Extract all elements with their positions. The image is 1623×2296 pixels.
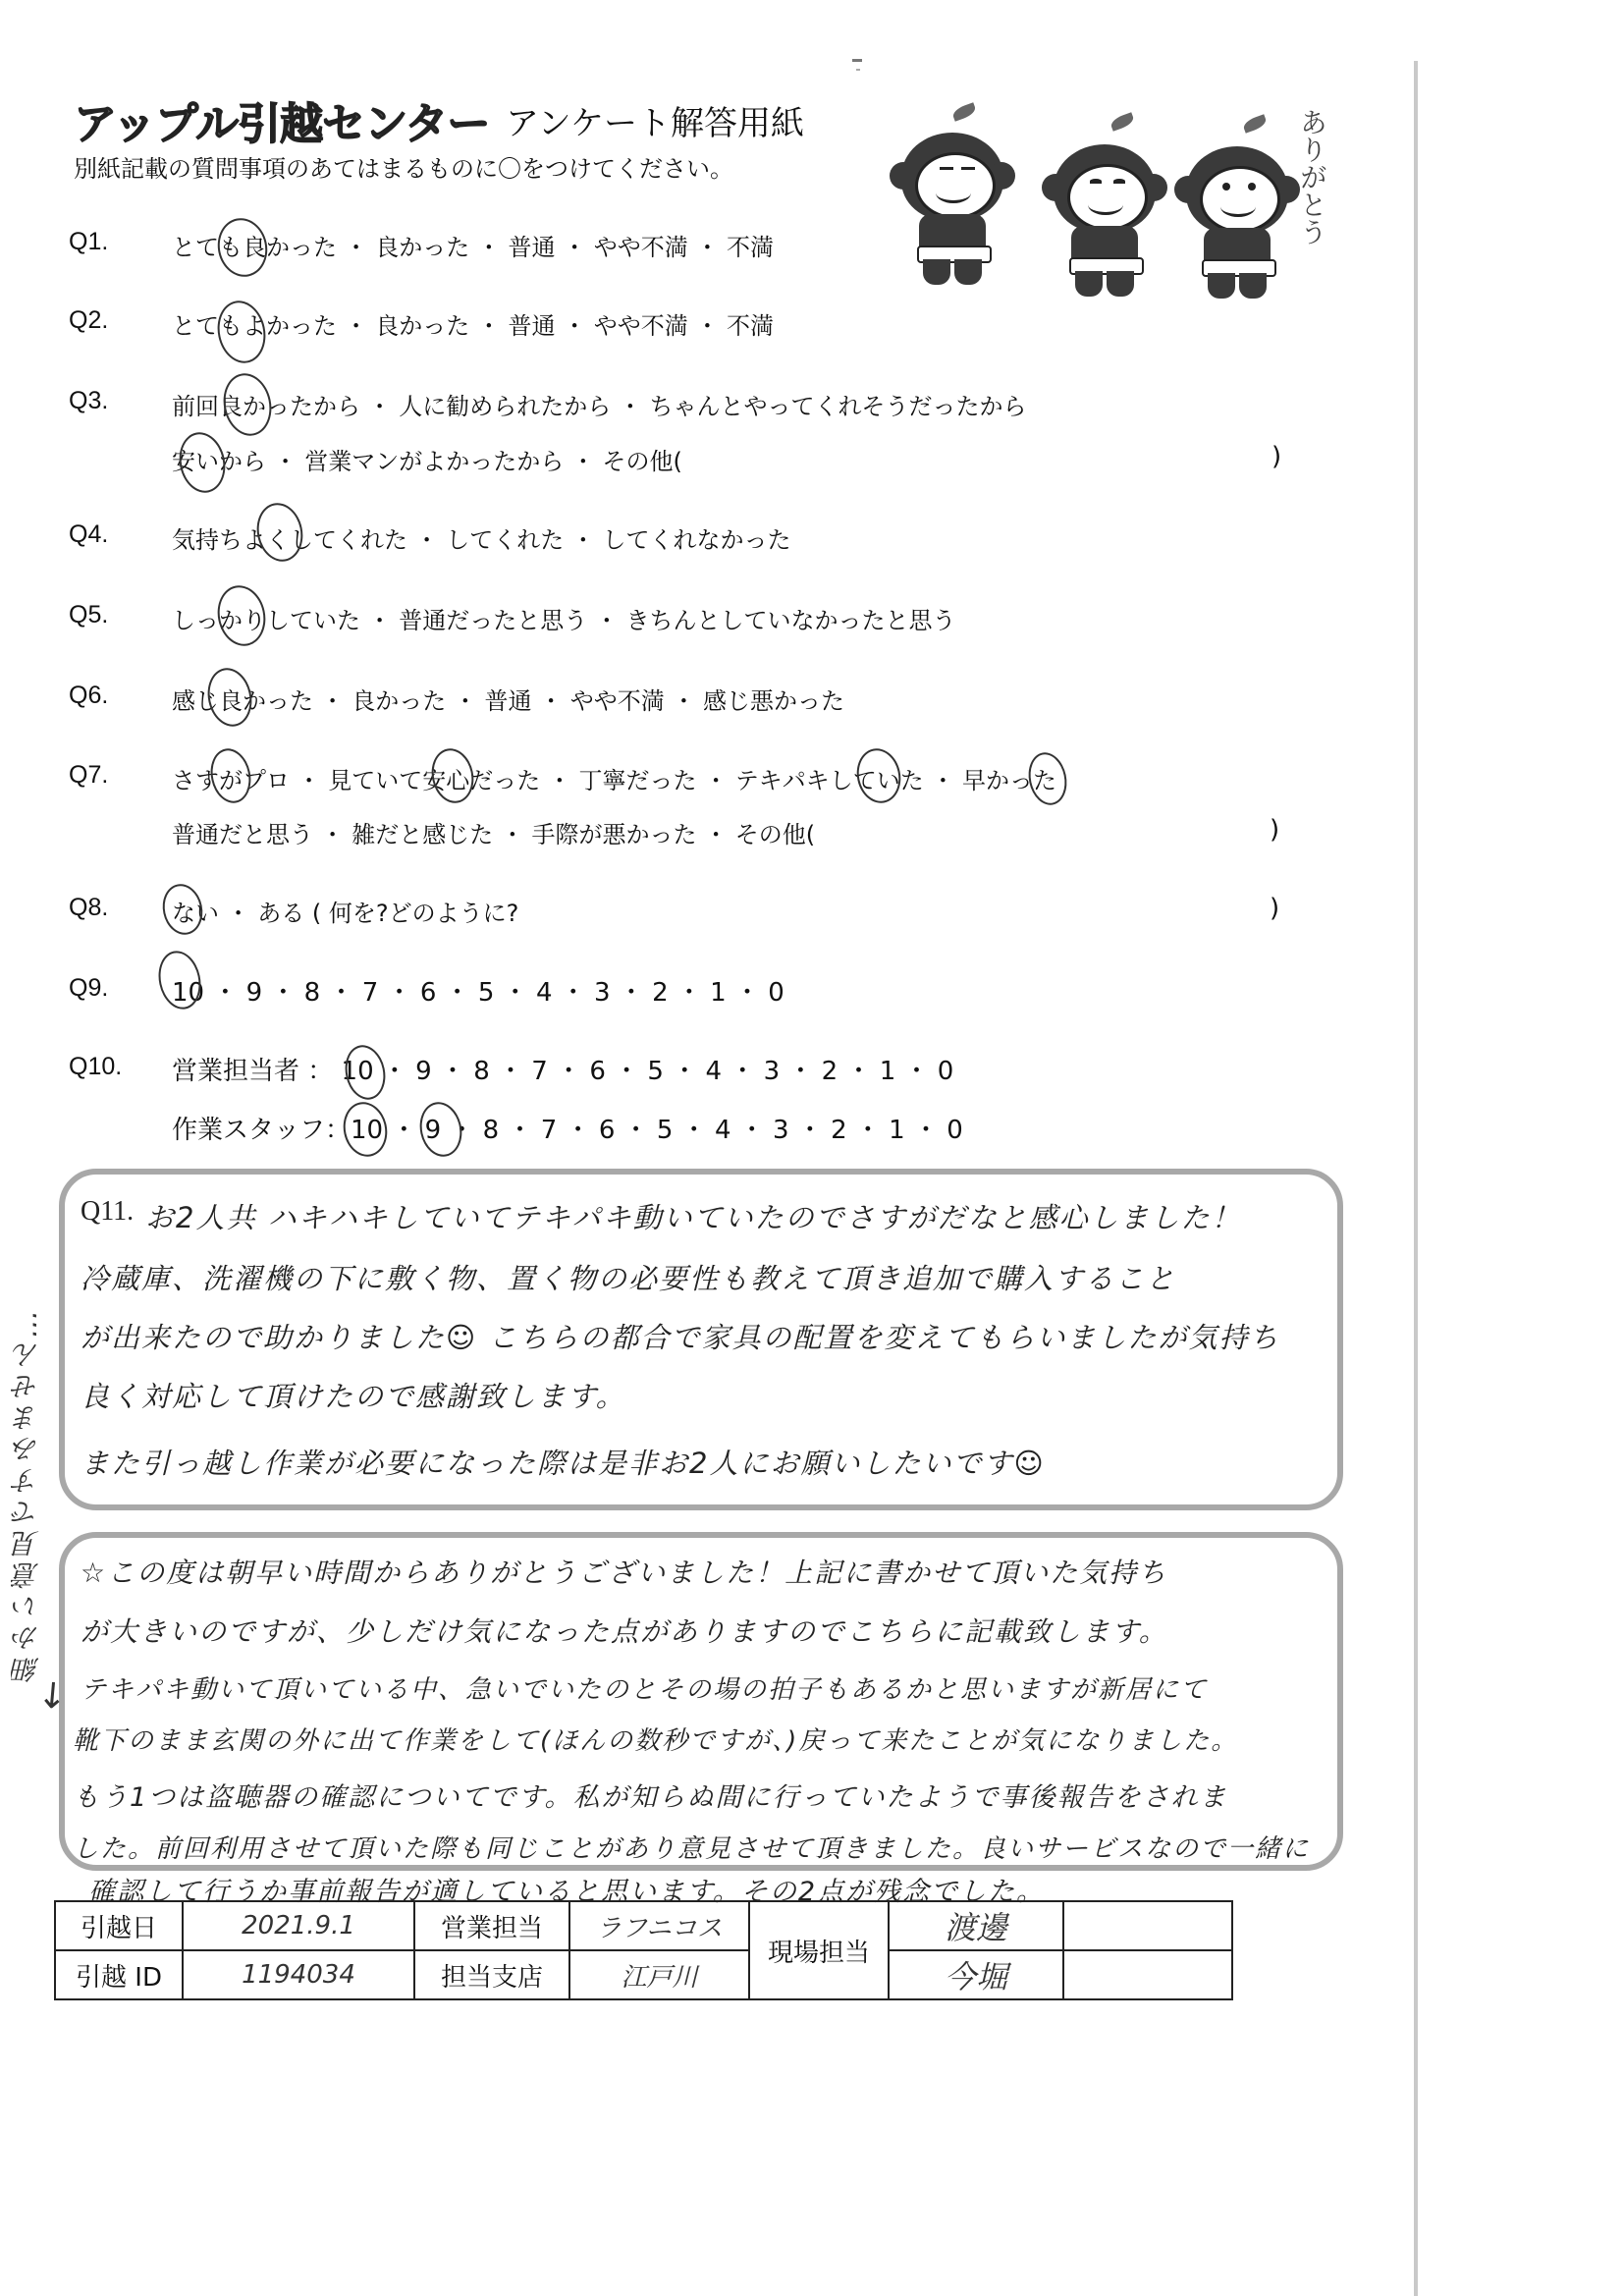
- monkey-mascot-icon: [893, 98, 1011, 295]
- move-date-value: 2021.9.1: [183, 1901, 414, 1950]
- q11-comment-line: 冷蔵庫、洗濯機の下に敷く物、置く物の必要性も教えて頂き追加で購入すること: [81, 1257, 1176, 1297]
- q7-options-line1: さすがプロ ・ 見ていて安心だった ・ 丁寧だった ・ テキパキしていた ・ 早…: [172, 761, 1056, 795]
- q8-close-paren: ): [1270, 894, 1279, 923]
- monkey-mascot-icon: [1046, 110, 1163, 306]
- answer-circle-mark: [158, 880, 207, 938]
- answer-circle-mark: [212, 213, 272, 281]
- q3-close-paren: ): [1271, 442, 1281, 471]
- instruction-text: 別紙記載の質問事項のあてはまるものに〇をつけてください。: [74, 149, 733, 184]
- scan-artifact: [856, 69, 860, 71]
- q1-label: Q1.: [69, 228, 108, 256]
- q11-comment-line: また引っ越し作業が必要になった際は是非お2人にお願いしたいです☺: [81, 1442, 1046, 1482]
- q3-options-line2: 安いから ・ 営業マンがよかったから ・ その他(: [172, 442, 682, 476]
- answer-circle-mark: [427, 744, 479, 807]
- q9-label: Q9.: [69, 974, 108, 1003]
- answer-circle-mark: [852, 744, 906, 807]
- q9-scale: 10 ・ 9 ・ 8 ・ 7 ・ 6 ・ 5 ・ 4 ・ 3 ・ 2 ・ 1 ・…: [172, 972, 784, 1009]
- q5-options: しっかりしていた ・ 普通だったと思う ・ きちんとしていなかったと思う: [172, 601, 956, 635]
- answer-circle-mark: [174, 428, 231, 497]
- q2-label: Q2.: [69, 306, 108, 335]
- answer-circle-mark: [415, 1098, 467, 1161]
- mascot-illustration: ありがとう: [874, 98, 1335, 295]
- answer-circle-mark: [218, 369, 277, 441]
- additional-comment-line: 靴下のまま玄関の外に出て作業をして(ほんの数秒ですが、)戻って来たことが気になり…: [73, 1721, 1238, 1757]
- q11-comment-line: が出来たので助かりました☺ こちらの都合で家具の配置を変えてもらいましたが気持ち: [81, 1316, 1279, 1356]
- empty-cell: [1063, 1950, 1232, 1999]
- q3-label: Q3.: [69, 387, 108, 415]
- answer-circle-mark: [212, 581, 271, 651]
- move-id-value: 1194034: [183, 1950, 414, 1999]
- site-staff-1: 渡邊: [889, 1901, 1063, 1950]
- q10-sales-scale: 営業担当者 ： 10 ・ 9 ・ 8 ・ 7 ・ 6 ・ 5 ・ 4 ・ 3 ・…: [172, 1051, 953, 1087]
- company-title: アップル引越センター: [74, 88, 489, 151]
- q8-label: Q8.: [69, 894, 108, 922]
- additional-comment-line: ☆この度は朝早い時間からありがとうございました！上記に書かせて頂いた気持ち: [81, 1552, 1167, 1591]
- sales-rep-label: 営業担当: [414, 1901, 569, 1950]
- q7-close-paren: ): [1270, 815, 1279, 845]
- answer-circle-mark: [251, 499, 307, 566]
- additional-comment-line: した。前回利用させて頂いた際も同じことがあり意見させて頂きました。良いサービスな…: [73, 1829, 1310, 1865]
- sales-rep-value: ラフニコス: [569, 1901, 749, 1950]
- move-date-label: 引越日: [55, 1901, 183, 1950]
- q6-options: 感じ良かった ・ 良かった ・ 普通 ・ やや不満 ・ 感じ悪かった: [172, 682, 844, 716]
- site-staff-2: 今堀: [889, 1950, 1063, 1999]
- branch-label: 担当支店: [414, 1950, 569, 1999]
- move-id-label: 引越 ID: [55, 1950, 183, 1999]
- move-info-table: 引越日 2021.9.1 営業担当 ラフニコス 現場担当 渡邊 引越 ID 11…: [54, 1900, 1233, 2000]
- q6-label: Q6.: [69, 682, 108, 710]
- q7-label: Q7.: [69, 761, 108, 790]
- q3-options-line1: 前回良かったから ・ 人に勧められたから ・ ちゃんとやってくれそうだったから: [172, 387, 1027, 421]
- answer-circle-mark: [206, 744, 256, 806]
- additional-comment-line: テキパキ動いて頂いている中、急いでいたのとその場の拍子もあるかと思いますが新居に…: [81, 1669, 1208, 1706]
- q4-label: Q4.: [69, 520, 108, 549]
- arigatou-caption: ありがとう: [1298, 108, 1327, 246]
- q10-label: Q10.: [69, 1053, 122, 1081]
- q11-comment-line: 良く対応して頂けたので感謝致します。: [81, 1375, 626, 1415]
- answer-circle-mark: [1024, 749, 1071, 809]
- site-staff-label: 現場担当: [749, 1901, 889, 1999]
- q10-staff-scale: 作業スタッフ：10 ・ 9 ・ 8 ・ 7 ・ 6 ・ 5 ・ 4 ・ 3 ・ …: [172, 1110, 963, 1146]
- q11-label: Q11.: [81, 1196, 134, 1228]
- q8-options: ない ・ ある ( 何を?どのように?: [172, 894, 518, 928]
- answer-circle-mark: [339, 1098, 393, 1161]
- additional-comment-line: もう1つは盗聴器の確認についてです。私が知らぬ間に行っていたようで事後報告をされ…: [73, 1776, 1227, 1814]
- margin-handwritten-note: 細かい意見ですみません…: [8, 1306, 47, 1683]
- page-edge: [1414, 61, 1418, 2296]
- empty-cell: [1063, 1901, 1232, 1950]
- q5-label: Q5.: [69, 601, 108, 629]
- branch-value: 江戸川: [569, 1950, 749, 1999]
- scan-artifact: [852, 59, 862, 62]
- form-title: アンケート解答用紙: [506, 96, 804, 144]
- monkey-mascot-icon: [1178, 112, 1296, 308]
- q11-comment-line: お2人共 ハキハキしていてテキパキ動いていたのでさすがだなと感心しました！: [145, 1196, 1242, 1236]
- additional-comment-line: が大きいのですが、少しだけ気になった点がありますのでこちらに記載致します。: [81, 1611, 1168, 1650]
- answer-circle-mark: [202, 664, 257, 731]
- q7-options-line2: 普通だと思う ・ 雑だと感じた ・ 手際が悪かった ・ その他(: [172, 815, 815, 849]
